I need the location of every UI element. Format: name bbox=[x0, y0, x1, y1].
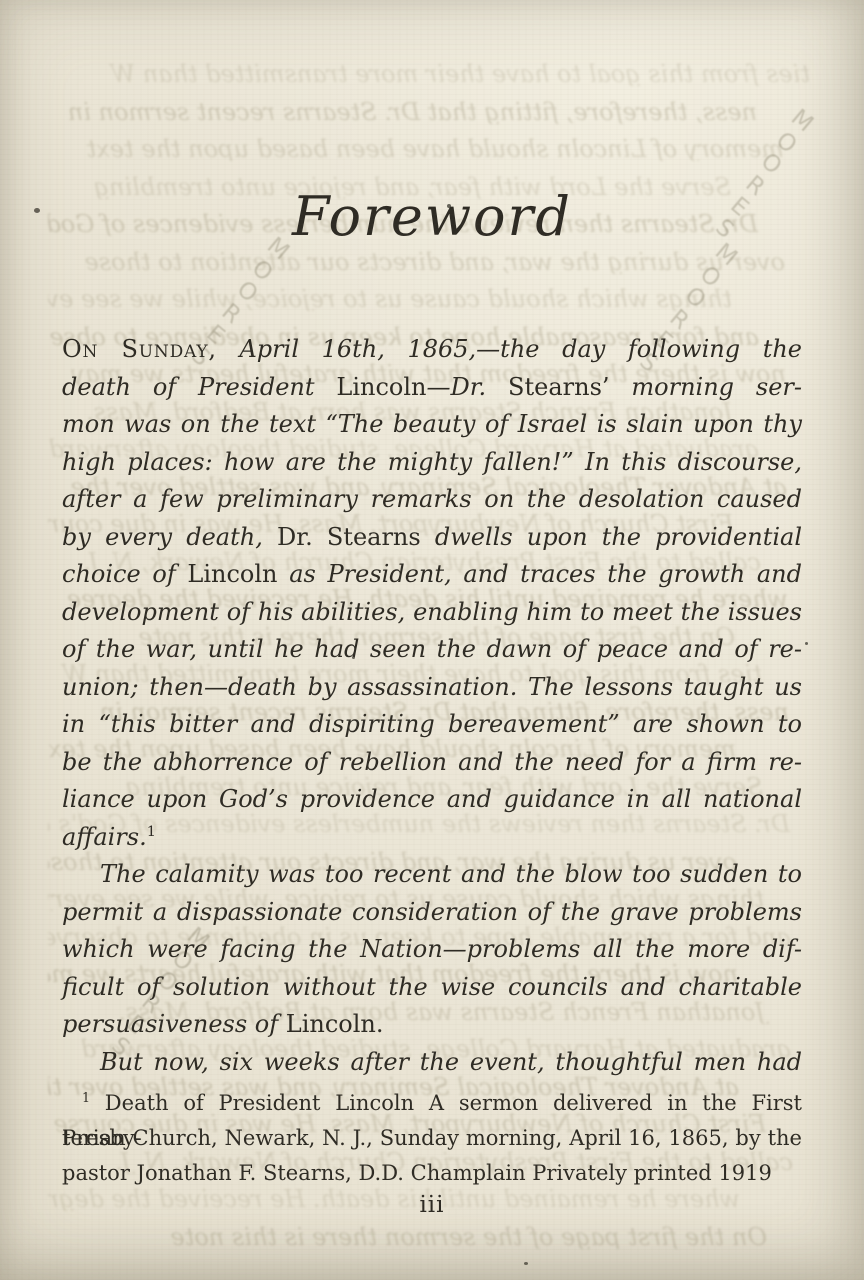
body-line: death of President Lincoln—Dr. Stearns’ … bbox=[62, 369, 802, 407]
footnote-marker: 1 bbox=[147, 824, 156, 840]
text-segment: high places: how are the mighty fallen!”… bbox=[62, 448, 802, 476]
text-segment: ficult of solution without the wise coun… bbox=[62, 973, 802, 1001]
text-segment: choice of bbox=[62, 560, 187, 588]
page-number: iii bbox=[0, 1192, 864, 1218]
body-line: ficult of solution without the wise coun… bbox=[62, 969, 802, 1007]
footnote: 1 Death of President Lincoln A sermon de… bbox=[62, 1086, 802, 1191]
body-line: choice of Lincoln as President, and trac… bbox=[62, 556, 802, 594]
text-segment: of the war, until he had seen the dawn o… bbox=[62, 635, 802, 663]
printed-content: Foreword On Sunday, April 16th, 1865,—th… bbox=[0, 0, 864, 1280]
body-line: persuasiveness of Lincoln. bbox=[62, 1006, 802, 1044]
body-line: of the war, until he had seen the dawn o… bbox=[62, 631, 802, 669]
text-segment: death of President bbox=[62, 373, 336, 401]
text-segment: liance upon God’s providence and guidanc… bbox=[62, 785, 802, 813]
text-segment: union; then—death by assassination. The … bbox=[62, 673, 802, 701]
text-segment: after a few preliminary remarks on the d… bbox=[62, 485, 802, 513]
book-page: ties from this goal to have their more t… bbox=[0, 0, 864, 1280]
text-segment: be the abhorrence of rebellion and the n… bbox=[62, 748, 802, 776]
body-line: high places: how are the mighty fallen!”… bbox=[62, 444, 802, 482]
text-segment: But now, six weeks after the event, thou… bbox=[100, 1048, 802, 1076]
ink-speck bbox=[447, 204, 451, 208]
text-segment: Dr. Stearns bbox=[277, 523, 435, 551]
text-segment: persuasiveness of bbox=[62, 1010, 286, 1038]
body-line: liance upon God’s providence and guidanc… bbox=[62, 781, 802, 819]
text-segment: The calamity was too recent and the blow… bbox=[100, 860, 802, 888]
text-segment: which were facing the Nation—problems al… bbox=[62, 935, 802, 963]
text-segment: Stearns’ bbox=[508, 373, 631, 401]
text-segment: as President, and traces the growth and bbox=[289, 560, 802, 588]
text-segment: Lincoln bbox=[187, 560, 289, 588]
body-line: in “this bitter and dispiriting bereavem… bbox=[62, 706, 802, 744]
ink-speck bbox=[805, 642, 808, 645]
body-text: On Sunday, April 16th, 1865,—the day fol… bbox=[62, 331, 802, 1081]
text-segment: pastor Jonathan F. Stearns, D.D. Champla… bbox=[62, 1161, 772, 1185]
footnote-line: terian Church, Newark, N. J., Sunday mor… bbox=[62, 1121, 802, 1156]
body-line: union; then—death by assassination. The … bbox=[62, 669, 802, 707]
body-line: On Sunday, April 16th, 1865,—the day fol… bbox=[62, 331, 802, 369]
text-segment: morning ser- bbox=[631, 373, 802, 401]
footnote-line: pastor Jonathan F. Stearns, D.D. Champla… bbox=[62, 1156, 802, 1191]
body-line: be the abhorrence of rebellion and the n… bbox=[62, 744, 802, 782]
text-segment: development of his abilities, enabling h… bbox=[62, 598, 802, 626]
body-line: The calamity was too recent and the blow… bbox=[62, 856, 802, 894]
ink-speck bbox=[34, 208, 40, 213]
text-segment: On Sunday, bbox=[62, 335, 217, 363]
text-segment: terian Church, Newark, N. J., Sunday mor… bbox=[62, 1126, 802, 1150]
body-line: mon was on the text “The beauty of Israe… bbox=[62, 406, 802, 444]
text-segment: Lincoln bbox=[336, 373, 426, 401]
page-title: Foreword bbox=[0, 190, 864, 244]
footnote-line: 1 Death of President Lincoln A sermon de… bbox=[62, 1086, 802, 1121]
text-segment: dwells upon the providential bbox=[435, 523, 802, 551]
ink-speck bbox=[352, 656, 355, 659]
body-line: affairs.1 bbox=[62, 819, 802, 857]
ink-speck bbox=[524, 1262, 528, 1265]
body-line: development of his abilities, enabling h… bbox=[62, 594, 802, 632]
text-segment: Lincoln. bbox=[286, 1010, 384, 1038]
text-segment: by every death, bbox=[62, 523, 277, 551]
text-segment: —Dr. bbox=[426, 373, 508, 401]
body-line: permit a dispassionate consideration of … bbox=[62, 894, 802, 932]
text-segment: mon was on the text “The beauty of Israe… bbox=[62, 410, 802, 438]
body-line: which were facing the Nation—problems al… bbox=[62, 931, 802, 969]
text-segment: in “this bitter and dispiriting bereavem… bbox=[62, 710, 802, 738]
body-line: But now, six weeks after the event, thou… bbox=[62, 1044, 802, 1082]
body-line: by every death, Dr. Stearns dwells upon … bbox=[62, 519, 802, 557]
text-segment: April 16th, 1865,—the day following the bbox=[217, 335, 802, 363]
body-line: after a few preliminary remarks on the d… bbox=[62, 481, 802, 519]
text-segment: permit a dispassionate consideration of … bbox=[62, 898, 802, 926]
footnote-marker: 1 bbox=[82, 1090, 90, 1105]
text-segment: affairs. bbox=[62, 823, 147, 851]
